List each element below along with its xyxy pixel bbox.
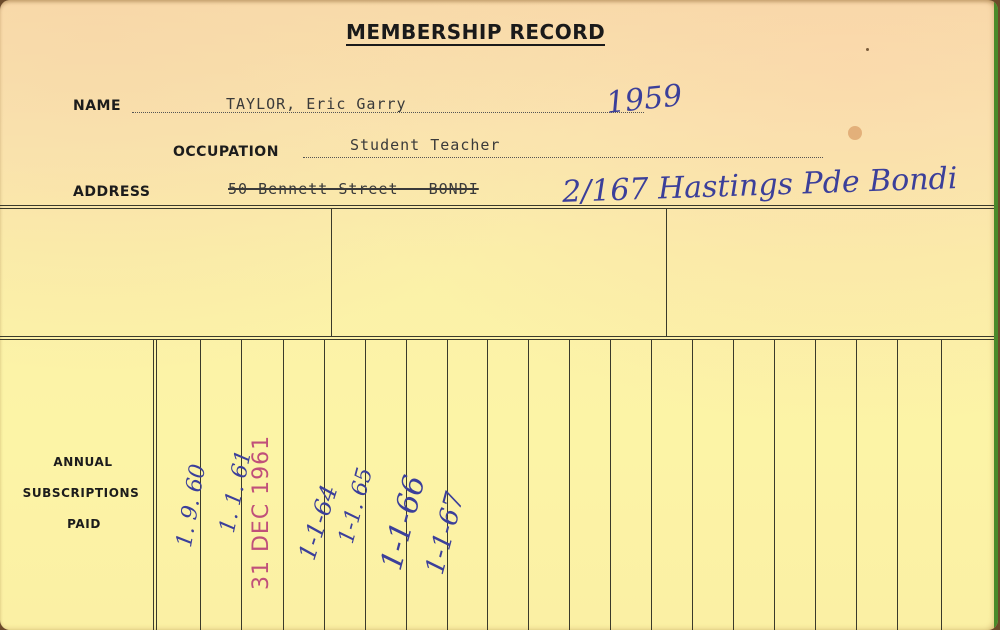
grid-line [447, 340, 448, 630]
grid-line [941, 340, 942, 630]
section-divider [0, 339, 998, 340]
section-divider [0, 205, 998, 206]
grid-line [651, 340, 652, 630]
address-new-value: 2/167 Hastings Pde Bondi [562, 161, 958, 210]
grid-line [692, 340, 693, 630]
subscription-entry: 1-1-64 [293, 481, 344, 563]
grid-line [487, 340, 488, 630]
membership-record-card: MEMBERSHIP RECORD NAME TAYLOR, Eric Garr… [0, 0, 998, 630]
subscription-stamp: 31 DEC 1961 [249, 435, 274, 590]
address-label: ADDRESS [73, 184, 150, 200]
grid-line [156, 340, 157, 630]
paper-stain [848, 126, 862, 140]
name-value: TAYLOR, Eric Garry [226, 95, 407, 113]
grid-line [815, 340, 816, 630]
subscriptions-label-line: SUBSCRIPTIONS [1, 486, 161, 500]
subscription-entry: 1-1-67 [420, 489, 471, 578]
grid-line [153, 340, 154, 630]
grid-line [569, 340, 570, 630]
occupation-label: OCCUPATION [173, 144, 279, 160]
address-old-value: 50 Bennett Street BONDI [228, 180, 479, 198]
card-title: MEMBERSHIP RECORD [346, 20, 605, 46]
section-divider [0, 336, 998, 337]
occupation-value: Student Teacher [350, 136, 500, 154]
occupation-dotted-line [303, 157, 823, 158]
subscriptions-label-line: PAID [4, 517, 164, 531]
grid-line [733, 340, 734, 630]
grid-line [774, 340, 775, 630]
grid-line [283, 340, 284, 630]
section-divider [0, 208, 998, 209]
card-edge [994, 0, 998, 630]
subscription-entry: 1. 9. 60 [172, 462, 211, 549]
grid-line [856, 340, 857, 630]
grid-line [610, 340, 611, 630]
grid-line [897, 340, 898, 630]
middle-column-divider [331, 209, 332, 336]
name-year-annotation: 1959 [604, 78, 684, 121]
grid-line [528, 340, 529, 630]
middle-column-divider [666, 209, 667, 336]
subscription-entry: 1-1. 65 [334, 465, 378, 546]
name-label: NAME [73, 98, 121, 114]
paper-stain [866, 48, 869, 51]
subscriptions-label-line: ANNUAL [3, 455, 163, 469]
